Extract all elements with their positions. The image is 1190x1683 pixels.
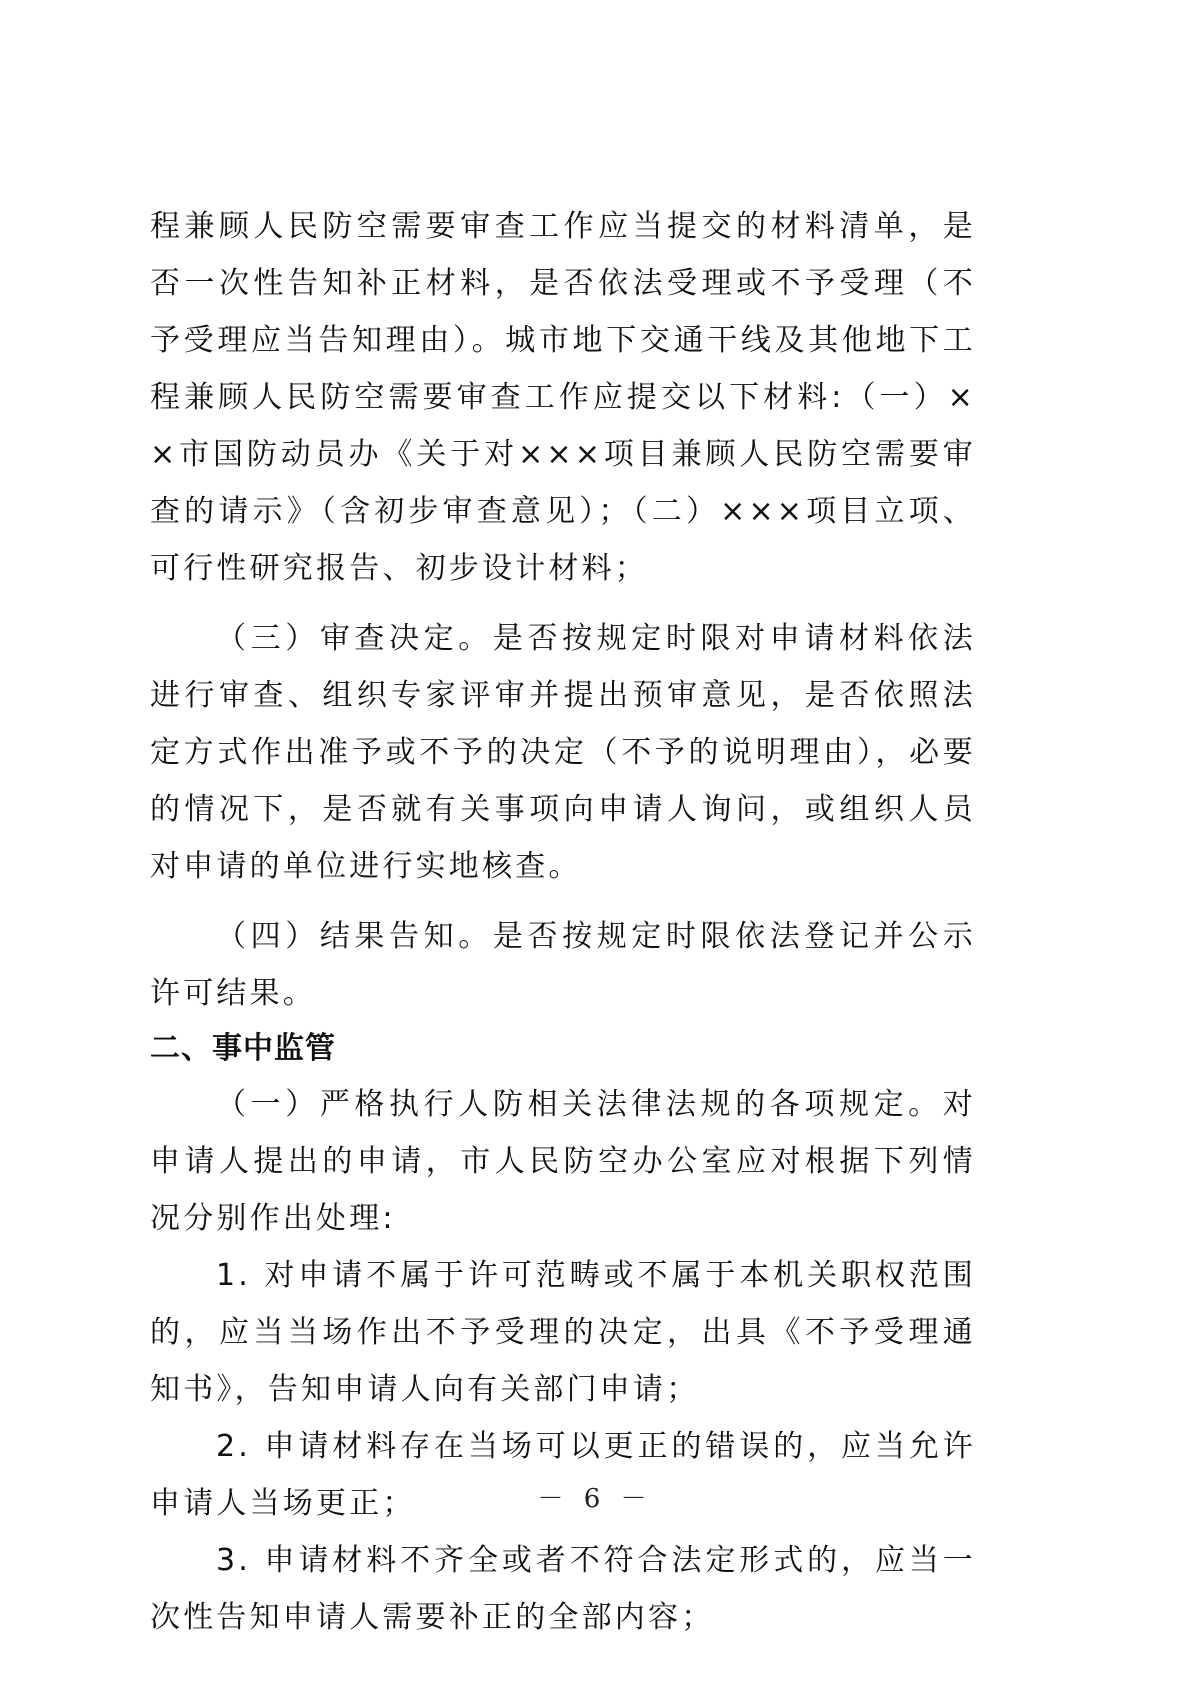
list-item-3: 3. 申请材料不齐全或者不符合法定形式的，应当一次性告知申请人需要补正的全部内容… [150, 1532, 976, 1646]
paragraph-review-decision: （三）审查决定。是否按规定时限对申请材料依法进行审查、组织专家评审并提出预审意见… [150, 610, 976, 895]
paragraph-material-list: 程兼顾人民防空需要审查工作应当提交的材料清单，是否一次性告知补正材料，是否依法受… [150, 198, 976, 597]
page-number: － 6 － [0, 1478, 1190, 1515]
section-heading: 二、事中监管 [150, 1022, 976, 1076]
document-page: 程兼顾人民防空需要审查工作应当提交的材料清单，是否一次性告知补正材料，是否依法受… [150, 198, 976, 1646]
list-item-1: 1. 对申请不属于许可范畴或不属于本机关职权范围的，应当当场作出不予受理的决定，… [150, 1247, 976, 1418]
paragraph-strict-enforcement: （一）严格执行人防相关法律法规的各项规定。对申请人提出的申请，市人民防空办公室应… [150, 1076, 976, 1247]
paragraph-result-notice: （四）结果告知。是否按规定时限依法登记并公示许可结果。 [150, 908, 976, 1022]
